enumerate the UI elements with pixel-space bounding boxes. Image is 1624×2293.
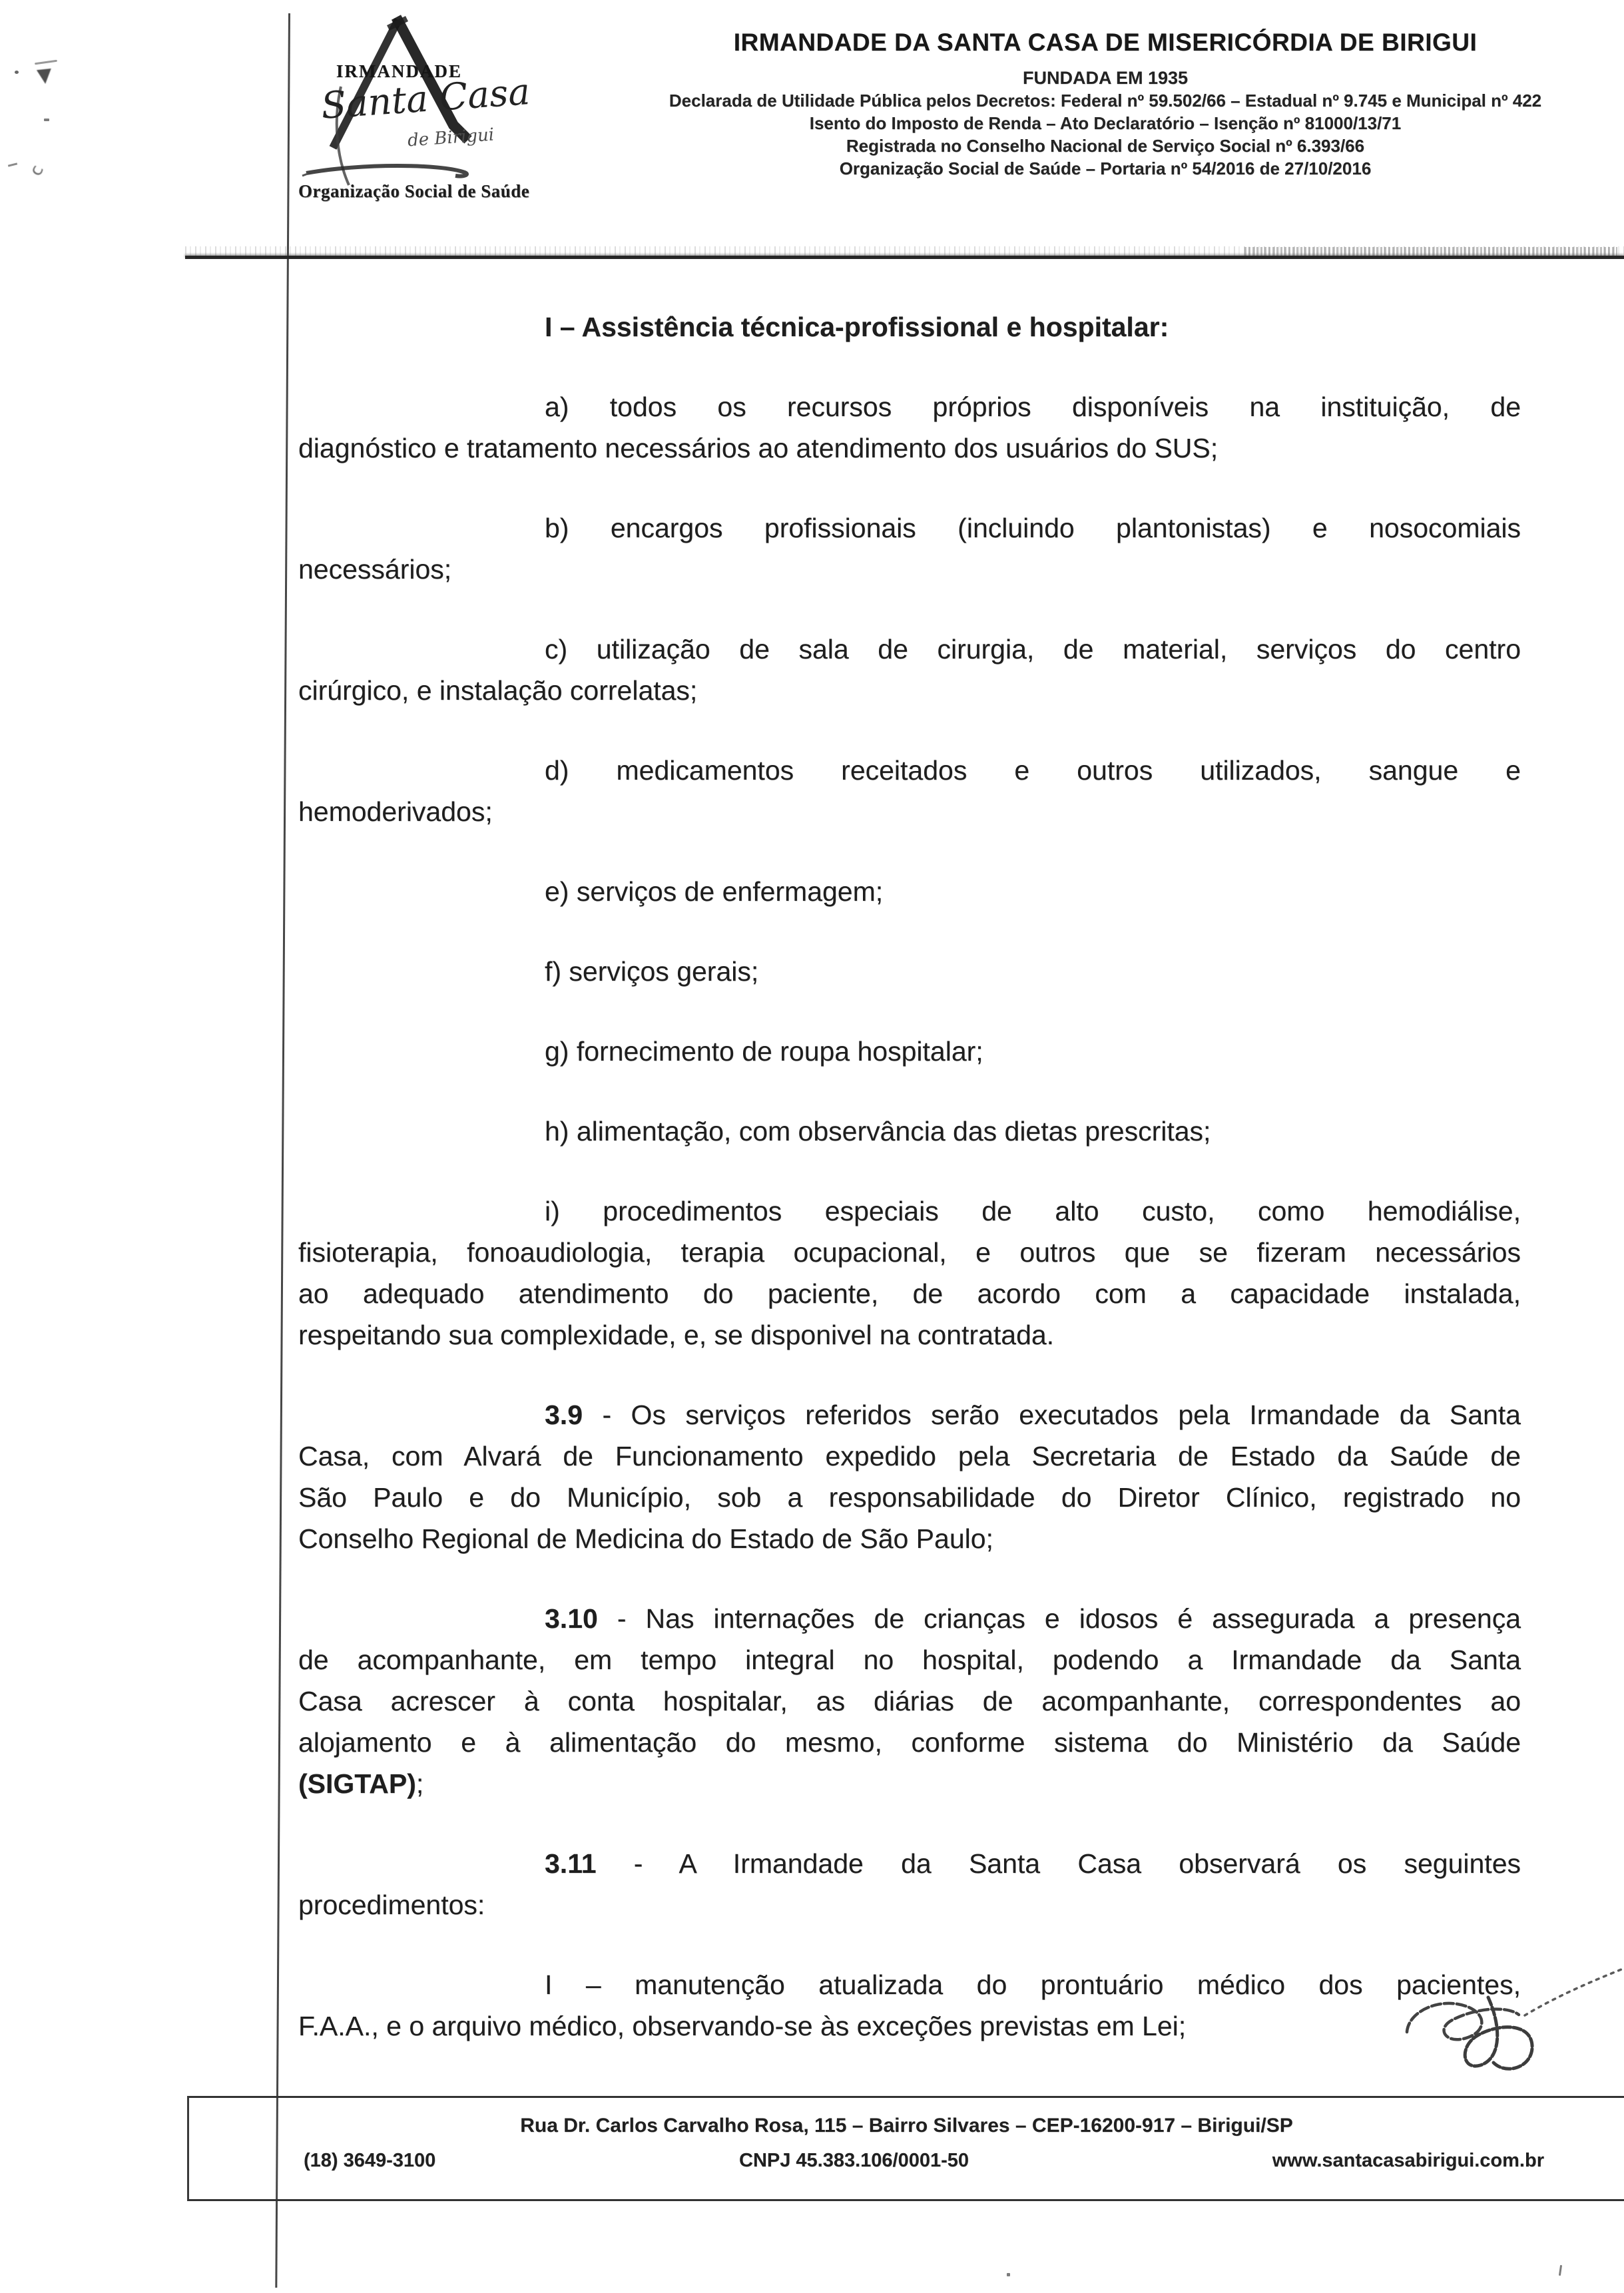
- paragraph: 3.9 - Os serviços referidos serão execut…: [298, 1394, 1521, 1559]
- scan-artifact: ɔ: [27, 162, 49, 180]
- logo-caption: Organização Social de Saúde: [298, 181, 571, 202]
- text-line: Conselho Regional de Medicina do Estado …: [298, 1518, 1521, 1559]
- text-line: h) alimentação, com observância das diet…: [298, 1111, 1521, 1152]
- letterhead: IRMANDADE DA SANTA CASA DE MISERICÓRDIA …: [586, 28, 1624, 180]
- contract-body: I – Assistência técnica-profissional e h…: [298, 306, 1521, 2085]
- scan-artifact: [8, 162, 17, 166]
- registration-line: Registrada no Conselho Nacional de Servi…: [586, 134, 1624, 157]
- text-line: i) procedimentos especiais de alto custo…: [298, 1190, 1521, 1232]
- text-line: hemoderivados;: [298, 791, 1521, 832]
- paragraph: h) alimentação, com observância das diet…: [298, 1111, 1521, 1152]
- paragraph: 3.11 - A Irmandade da Santa Casa observa…: [298, 1843, 1521, 1925]
- registration-line: Isento do Imposto de Renda – Ato Declara…: [586, 112, 1624, 134]
- text-line: b) encargos profissionais (incluindo pla…: [298, 507, 1521, 549]
- footer: Rua Dr. Carlos Carvalho Rosa, 115 – Bair…: [187, 2096, 1624, 2201]
- paragraph: e) serviços de enfermagem;: [298, 871, 1521, 912]
- text-line: 3.9 - Os serviços referidos serão execut…: [298, 1394, 1521, 1435]
- scan-margin-line: [275, 13, 290, 2288]
- text-line: a) todos os recursos próprios disponívei…: [298, 386, 1521, 427]
- paragraph: 3.10 - Nas internações de crianças e ido…: [298, 1598, 1521, 1804]
- document-page: ɔ IRMANDADE Santa Casa de Birigui Organi…: [0, 0, 1624, 2293]
- text-line: de acompanhante, em tempo integral no ho…: [298, 1639, 1521, 1680]
- scan-artifact: [44, 119, 49, 121]
- phone-number: (18) 3649-3100: [304, 2147, 435, 2174]
- org-title: IRMANDADE DA SANTA CASA DE MISERICÓRDIA …: [586, 28, 1624, 57]
- clause-number: (SIGTAP): [298, 1768, 416, 1799]
- signature-scribble: [1388, 1965, 1624, 2089]
- text-line: respeitando sua complexidade, e, se disp…: [298, 1314, 1521, 1356]
- text-line: Casa acrescer à conta hospitalar, as diá…: [298, 1680, 1521, 1722]
- clause-number: 3.9: [545, 1400, 583, 1430]
- registration-lines: Declarada de Utilidade Pública pelos Dec…: [586, 89, 1624, 180]
- text-line: diagnóstico e tratamento necessários ao …: [298, 427, 1521, 469]
- paragraph: b) encargos profissionais (incluindo pla…: [298, 507, 1521, 590]
- paragraph: i) procedimentos especiais de alto custo…: [298, 1190, 1521, 1356]
- text-line: alojamento e à alimentação do mesmo, con…: [298, 1722, 1521, 1763]
- registration-line: Declarada de Utilidade Pública pelos Dec…: [586, 89, 1624, 112]
- paragraph: g) fornecimento de roupa hospitalar;: [298, 1031, 1521, 1072]
- paragraph: a) todos os recursos próprios disponívei…: [298, 386, 1521, 469]
- paragraph: I – Assistência técnica-profissional e h…: [298, 306, 1521, 348]
- text-line: g) fornecimento de roupa hospitalar;: [298, 1031, 1521, 1072]
- text-line: Casa, com Alvará de Funcionamento expedi…: [298, 1435, 1521, 1477]
- paragraph: d) medicamentos receitados e outros util…: [298, 750, 1521, 832]
- text-line: c) utilização de sala de cirurgia, de ma…: [298, 629, 1521, 670]
- cnpj-number: CNPJ 45.383.106/0001-50: [739, 2147, 969, 2174]
- address-line: Rua Dr. Carlos Carvalho Rosa, 115 – Bair…: [189, 2113, 1624, 2139]
- header-divider: [185, 246, 1624, 264]
- text-line: ao adequado atendimento do paciente, de …: [298, 1273, 1521, 1314]
- text-line: F.A.A., e o arquivo médico, observando-s…: [298, 2005, 1521, 2047]
- text-line: cirúrgico, e instalação correlatas;: [298, 670, 1521, 711]
- text-line: d) medicamentos receitados e outros util…: [298, 750, 1521, 791]
- founded-line: FUNDADA EM 1935: [586, 67, 1624, 89]
- clause-number: 3.10: [545, 1603, 598, 1634]
- text-line: I – manutenção atualizada do prontuário …: [298, 1964, 1521, 2005]
- paragraph: f) serviços gerais;: [298, 951, 1521, 992]
- paragraph: c) utilização de sala de cirurgia, de ma…: [298, 629, 1521, 711]
- registration-line: Organização Social de Saúde – Portaria n…: [586, 157, 1624, 180]
- scan-artifact: [15, 71, 19, 74]
- scan-artifact: [35, 60, 57, 65]
- text-line: necessários;: [298, 549, 1521, 590]
- text-line: (SIGTAP);: [298, 1763, 1521, 1804]
- text-line: f) serviços gerais;: [298, 951, 1521, 992]
- text-line: e) serviços de enfermagem;: [298, 871, 1521, 912]
- scan-artifact: [37, 69, 53, 85]
- scan-artifact: [1559, 2265, 1562, 2276]
- text-line: São Paulo e do Município, sob a responsa…: [298, 1477, 1521, 1518]
- org-logo: IRMANDADE Santa Casa de Birigui Organiza…: [298, 9, 571, 213]
- text-line: fisioterapia, fonoaudiologia, terapia oc…: [298, 1232, 1521, 1273]
- clause-number: 3.11: [545, 1848, 597, 1879]
- website-url: www.santacasabirigui.com.br: [1272, 2147, 1544, 2174]
- scan-artifact: [1007, 2273, 1010, 2276]
- text-line: 3.11 - A Irmandade da Santa Casa observa…: [298, 1843, 1521, 1884]
- paragraph: I – manutenção atualizada do prontuário …: [298, 1964, 1521, 2047]
- text-line: I – Assistência técnica-profissional e h…: [298, 306, 1521, 348]
- text-line: procedimentos:: [298, 1884, 1521, 1925]
- text-line: 3.10 - Nas internações de crianças e ido…: [298, 1598, 1521, 1639]
